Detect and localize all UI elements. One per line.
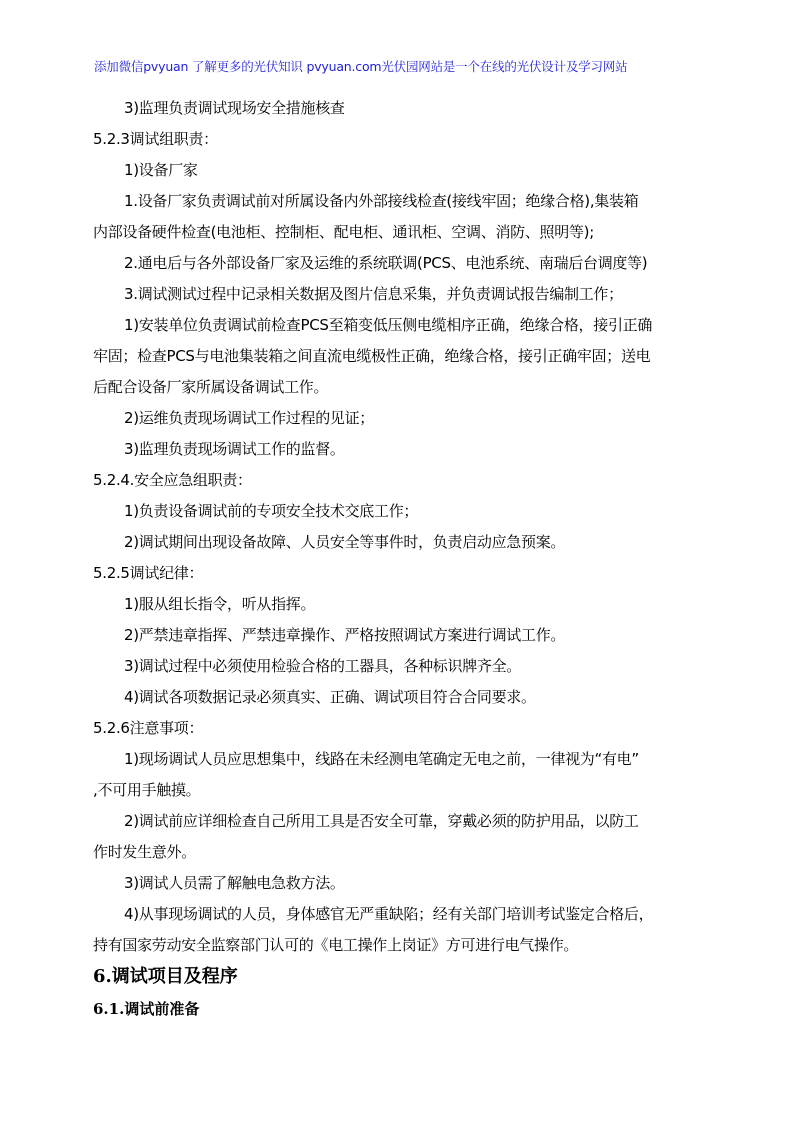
paragraph-line: 1)安装单位负责调试前检查PCS至箱变低压侧电缆相序正确，绝缘合格，接引正确: [93, 310, 703, 341]
heading-level-1: 6.调试项目及程序: [93, 961, 703, 993]
paragraph-line: 2.通电后与各外部设备厂家及运维的系统联调(PCS、电池系统、南瑞后台调度等): [93, 248, 703, 279]
page-header-watermark: 添加微信pvyuan 了解更多的光伏知识 pvyuan.com光伏园网站是一个在…: [94, 58, 627, 76]
paragraph-line: 2)调试前应详细检查自己所用工具是否安全可靠，穿戴必须的防护用品，以防工: [93, 806, 703, 837]
paragraph-line: 2)运维负责现场调试工作过程的见证；: [93, 403, 703, 434]
paragraph-line: 后配合设备厂家所属设备调试工作。: [93, 372, 703, 403]
paragraph-line: 2)严禁违章指挥、严禁违章操作、严格按照调试方案进行调试工作。: [93, 620, 703, 651]
paragraph-line: 3.调试测试过程中记录相关数据及图片信息采集，并负责调试报告编制工作；: [93, 279, 703, 310]
paragraph-line: 内部设备硬件检查(电池柜、控制柜、配电柜、通讯柜、空调、消防、照明等);: [93, 217, 703, 248]
paragraph-line: 3)调试过程中必须使用检验合格的工器具，各种标识牌齐全。: [93, 651, 703, 682]
section-heading-5-2-4: 5.2.4.安全应急组职责：: [93, 465, 703, 496]
paragraph-line: ,不可用手触摸。: [93, 775, 703, 806]
section-heading-5-2-6: 5.2.6注意事项：: [93, 713, 703, 744]
paragraph-line: 1)服从组长指令，听从指挥。: [93, 589, 703, 620]
document-body: 3)监理负责调试现场安全措施核查 5.2.3调试组职责： 1)设备厂家 1.设备…: [93, 93, 703, 1025]
paragraph-line: 3)监理负责现场调试工作的监督。: [93, 434, 703, 465]
paragraph-line: 作时发生意外。: [93, 837, 703, 868]
paragraph-line: 1)设备厂家: [93, 155, 703, 186]
paragraph-line: 4)从事现场调试的人员，身体感官无严重缺陷；经有关部门培训考试鉴定合格后，: [93, 899, 703, 930]
paragraph-line: 1)现场调试人员应思想集中，线路在未经测电笔确定无电之前，一律视为“有电”: [93, 744, 703, 775]
heading-level-2: 6.1.调试前准备: [93, 993, 703, 1025]
paragraph-line: 持有国家劳动安全监察部门认可的《电工操作上岗证》方可进行电气操作。: [93, 930, 703, 961]
section-heading-5-2-5: 5.2.5调试纪律：: [93, 558, 703, 589]
paragraph-line: 4)调试各项数据记录必须真实、正确、调试项目符合合同要求。: [93, 682, 703, 713]
paragraph-line: 1)负责设备调试前的专项安全技术交底工作；: [93, 496, 703, 527]
paragraph-line: 3)调试人员需了解触电急救方法。: [93, 868, 703, 899]
paragraph-line: 1.设备厂家负责调试前对所属设备内外部接线检查(接线牢固；绝缘合格),集装箱: [93, 186, 703, 217]
section-heading-5-2-3: 5.2.3调试组职责：: [93, 124, 703, 155]
paragraph-line: 2)调试期间出现设备故障、人员安全等事件时，负责启动应急预案。: [93, 527, 703, 558]
paragraph-line: 3)监理负责调试现场安全措施核查: [93, 93, 703, 124]
paragraph-line: 牢固；检查PCS与电池集装箱之间直流电缆极性正确，绝缘合格，接引正确牢固；送电: [93, 341, 703, 372]
